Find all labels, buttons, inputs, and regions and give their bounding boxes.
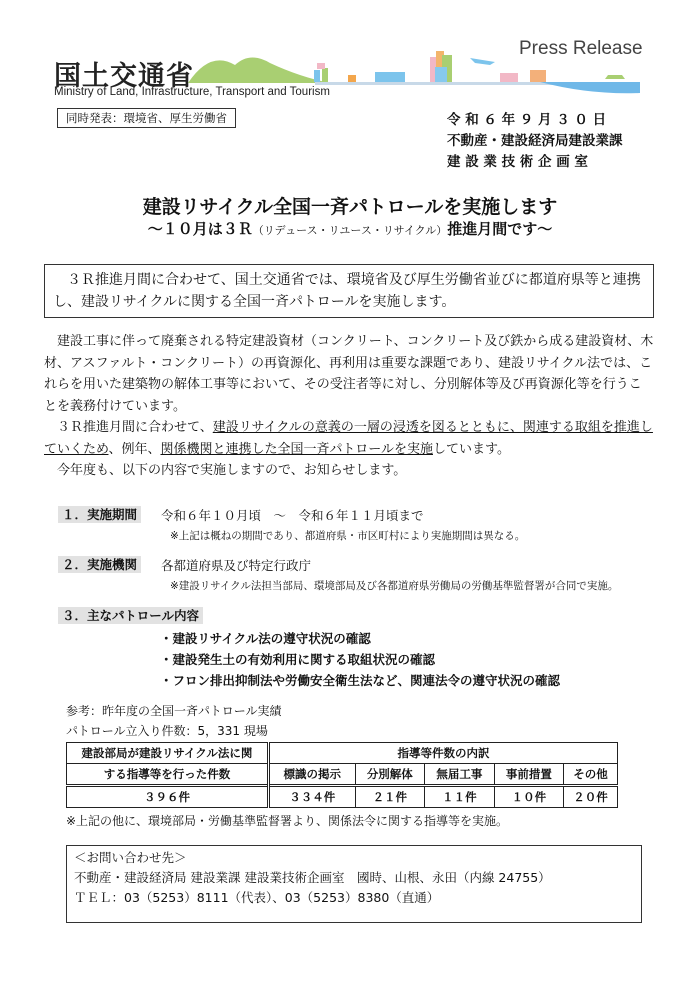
- section-value: 令和６年１０月頃 ～ 令和６年１１月頃まで: [161, 506, 424, 524]
- patrol-results-table: 建設部局が建設リサイクル法に関 指導等件数の内訳 する指導等を行った件数 標識の…: [66, 742, 618, 808]
- summary-box: ３Ｒ推進月間に合わせて、国土交通省では、環境省及び厚生労働省並びに都道府県等と連…: [44, 264, 654, 318]
- table-column-header: 分別解体: [355, 764, 425, 786]
- table-cell: １０件: [494, 786, 564, 808]
- section-content: ３．主なパトロール内容: [58, 606, 203, 624]
- subtitle-suffix: 推進月間です～: [447, 220, 552, 238]
- reference-block: 参考：昨年度の全国一斉パトロール実績 パトロール立入り件数：5，331 現場: [66, 701, 282, 741]
- section-period-note: ※上記は概ねの期間であり、都道府県・市区町村により実施期間は異なる。: [170, 528, 525, 543]
- table-cell-total: ３９６件: [67, 786, 269, 808]
- body-paragraph-2: ３Ｒ推進月間に合わせて、建設リサイクルの意義の一層の浸透を図るとともに、関連する…: [44, 417, 654, 460]
- subtitle-prefix: ～１０月は３Ｒ: [148, 220, 253, 238]
- section-agency-note: ※建設リサイクル法担当部局、環境部局及び各都道府県労働局の労働基準監督署が合同で…: [170, 578, 618, 593]
- contact-phone: ＴＥＬ：03（5253）8111（代表）、03（5253）8380（直通）: [74, 888, 634, 908]
- subtitle-note: （リデュース・リユース・リサイクル）: [253, 224, 448, 237]
- patrol-content-list: ・建設リサイクル法の遵守状況の確認 ・建設発生土の有効利用に関する取組状況の確認…: [160, 628, 560, 691]
- underlined-text: 関係機関と連携した全国一斉パトロールを実施: [161, 442, 433, 457]
- reference-title: 参考：昨年度の全国一斉パトロール実績: [66, 701, 282, 721]
- body-paragraph-1: 建設工事に伴って廃棄される特定建設資材（コンクリート、コンクリート及び鉄から成る…: [44, 331, 654, 417]
- table-column-header: その他: [564, 764, 618, 786]
- section-label: ３．主なパトロール内容: [58, 607, 203, 624]
- table-column-header: 事前措置: [494, 764, 564, 786]
- landscape-banner-icon: [180, 45, 650, 95]
- summary-text: ３Ｒ推進月間に合わせて、国土交通省では、環境省及び厚生労働省並びに都道府県等と連…: [53, 269, 645, 313]
- table-column-header: 無届工事: [425, 764, 495, 786]
- table-column-header: 標識の掲示: [269, 764, 356, 786]
- table-cell: １１件: [425, 786, 495, 808]
- list-item: ・建設リサイクル法の遵守状況の確認: [160, 628, 560, 649]
- text: ３Ｒ推進月間に合わせて、: [57, 420, 213, 435]
- body-text: 建設工事に伴って廃棄される特定建設資材（コンクリート、コンクリート及び鉄から成る…: [44, 331, 654, 482]
- section-value: 各都道府県及び特定行政庁: [161, 556, 311, 574]
- section-period: １．実施期間 令和６年１０月頃 ～ 令和６年１１月頃まで: [58, 505, 141, 523]
- list-item: ・フロン排出抑制法や労働安全衛生法など、関連法令の遵守状況の確認: [160, 670, 560, 691]
- table-note: ※上記の他に、環境部局・労働基準監督署より、関係法令に関する指導等を実施。: [66, 812, 508, 829]
- section-agency: ２．実施機関 各都道府県及び特定行政庁: [58, 555, 141, 573]
- release-date: 令 和 ６ 年 ９ 月 ３ ０ 日: [447, 110, 623, 131]
- table-header-left-1: 建設部局が建設リサイクル法に関: [67, 743, 269, 764]
- table-cell: ３３４件: [269, 786, 356, 808]
- contact-office: 不動産・建設経済局 建設業課 建設業技術企画室 國時、山根、永田（内線 2475…: [74, 868, 634, 888]
- contact-heading: ＜お問い合わせ先＞: [74, 848, 634, 868]
- issuing-bureau: 不動産・建設経済局建設業課: [447, 131, 623, 152]
- page-subtitle: ～１０月は３Ｒ（リデュース・リユース・リサイクル）推進月間です～: [0, 218, 700, 239]
- list-item: ・建設発生土の有効利用に関する取組状況の確認: [160, 649, 560, 670]
- issuing-office: 建 設 業 技 術 企 画 室: [447, 152, 623, 173]
- reference-count: パトロール立入り件数：5，331 現場: [66, 721, 282, 741]
- contact-box: ＜お問い合わせ先＞ 不動産・建設経済局 建設業課 建設業技術企画室 國時、山根、…: [66, 845, 642, 923]
- table-cell: ２１件: [355, 786, 425, 808]
- issuer-block: 令 和 ６ 年 ９ 月 ３ ０ 日 不動産・建設経済局建設業課 建 設 業 技 …: [447, 110, 623, 173]
- page-title: 建設リサイクル全国一斉パトロールを実施します: [0, 192, 700, 219]
- table-header-breakdown: 指導等件数の内訳: [269, 743, 618, 764]
- section-label: １．実施期間: [58, 506, 141, 523]
- body-paragraph-3: 今年度も、以下の内容で実施しますので、お知らせします。: [44, 460, 654, 482]
- text: 、例年、: [108, 442, 160, 457]
- table-row: ３９６件 ３３４件 ２１件 １１件 １０件 ２０件: [67, 786, 618, 808]
- table-header-left-2: する指導等を行った件数: [67, 764, 269, 786]
- text: しています。: [433, 442, 510, 457]
- joint-release-box: 同時発表：環境省、厚生労働省: [57, 108, 236, 128]
- table-cell: ２０件: [564, 786, 618, 808]
- section-label: ２．実施機関: [58, 556, 141, 573]
